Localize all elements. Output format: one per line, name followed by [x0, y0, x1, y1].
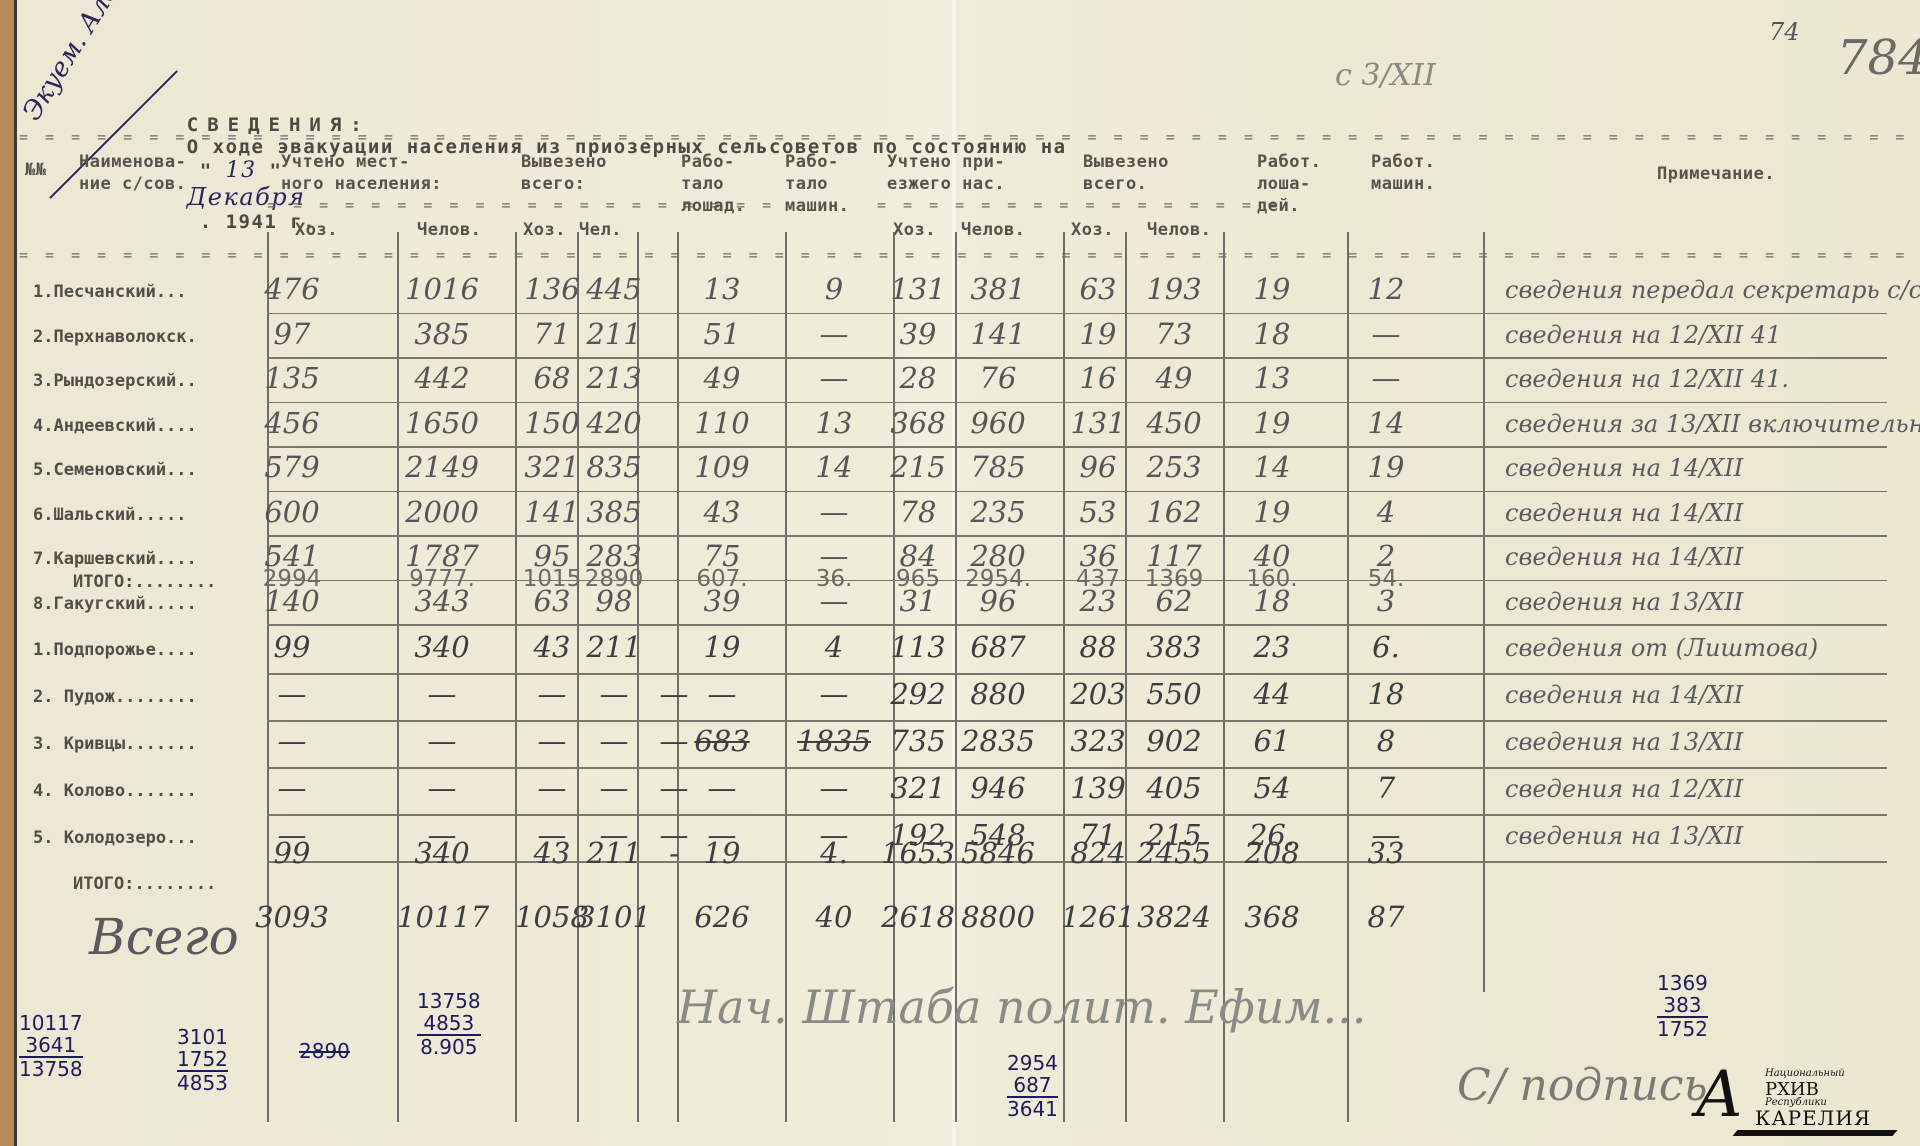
table-cell: —	[247, 771, 337, 805]
col-header-name-1: Наименова-	[79, 152, 186, 172]
calc-operand: 2954	[1007, 1052, 1058, 1074]
table-cell: 880	[953, 677, 1043, 711]
total-cell: 36.	[789, 566, 879, 592]
subheader-hoz-evac: Хоз.	[523, 220, 566, 240]
row-note: сведения на 14/XII	[1505, 454, 1743, 482]
table-cell: —	[789, 495, 879, 529]
table-cell: 4	[1341, 495, 1431, 529]
subheader-chel-arrived: Челов.	[961, 220, 1025, 240]
table-cell: —	[1341, 317, 1431, 351]
col-header-work-horses-1: Работ.	[1257, 152, 1321, 172]
col-header-work-machines-2: машин.	[1371, 174, 1435, 194]
table-cell: 131	[873, 272, 963, 306]
table-cell: 19	[1227, 406, 1317, 440]
margin-calculation: 10117364113758	[19, 1012, 83, 1080]
table-cell: 550	[1129, 677, 1219, 711]
total-cell: 965	[873, 566, 963, 592]
table-cell: 73	[1129, 317, 1219, 351]
table-cell: 7	[1341, 771, 1431, 805]
table-cell: 18	[1227, 317, 1317, 351]
watermark-line1: Национальный	[1765, 1068, 1845, 1079]
table-cell: 405	[1129, 771, 1219, 805]
table-cell: 420	[569, 406, 659, 440]
row-note: сведения передал секретарь с/с	[1505, 276, 1920, 304]
row-note: сведения на 13/XII	[1505, 588, 1743, 616]
countersignature: С/ подпись	[1457, 1060, 1707, 1111]
table-cell: 2149	[397, 450, 487, 484]
row-name: 7.Каршевский....	[33, 549, 197, 569]
table-cell: 835	[569, 450, 659, 484]
row-divider	[267, 535, 1887, 537]
total-cell: 19	[677, 836, 767, 870]
table-cell: 135	[247, 361, 337, 395]
watermark-line4: КАРЕЛИЯ	[1755, 1106, 1871, 1130]
table-cell: 14	[789, 450, 879, 484]
table-cell: 785	[953, 450, 1043, 484]
calc-operand: 3101	[177, 1026, 228, 1048]
watermark-letter: А	[1695, 1058, 1743, 1132]
row-note: сведения на 12/XII 41	[1505, 321, 1781, 349]
table-cell: 687	[953, 630, 1043, 664]
table-cell: 113	[873, 630, 963, 664]
table-cell: 18	[1341, 677, 1431, 711]
table-cell: 213	[569, 361, 659, 395]
total-cell: 2954.	[953, 566, 1043, 592]
chief-signature: Нач. Штаба полит. Ефим...	[677, 980, 1366, 1034]
table-cell: 28	[873, 361, 963, 395]
row-name: 2. Пудож........	[33, 687, 197, 707]
row-divider	[267, 357, 1887, 359]
table-cell: 321	[873, 771, 963, 805]
table-cell: 383	[1129, 630, 1219, 664]
table-cell: 211	[569, 317, 659, 351]
table-cell: 4	[789, 630, 879, 664]
table-cell: —	[247, 677, 337, 711]
row-note: сведения на 12/XII	[1505, 775, 1743, 803]
row-name: 6.Шальский.....	[33, 505, 187, 525]
row-name: 5. Колодозеро...	[33, 828, 197, 848]
table-cell: 49	[1129, 361, 1219, 395]
table-cell: 442	[397, 361, 487, 395]
table-cell: 902	[1129, 724, 1219, 758]
col-header-work-horses-3: дей.	[1257, 196, 1300, 216]
col-header-machines-3: машин.	[785, 196, 849, 216]
row-note: сведения на 12/XII 41.	[1505, 365, 1789, 393]
margin-calculation: 1375848538.905	[417, 990, 481, 1058]
table-cell: —	[677, 771, 767, 805]
col-header-machines-1: Рабо-	[785, 152, 839, 172]
table-cell: 292	[873, 677, 963, 711]
table-cell: —	[789, 677, 879, 711]
calc-operand: 383	[1657, 994, 1708, 1016]
subheader-chel-evac: Чел.	[579, 220, 622, 240]
calc-result: 8.905	[417, 1034, 481, 1058]
total-cell: 40	[789, 900, 879, 934]
table-cell: —	[789, 317, 879, 351]
subheader-chel-arrived-evac: Челов.	[1147, 220, 1211, 240]
grand-total-label: Всего	[89, 908, 239, 966]
col-header-arrived-evac-1: Вывезено	[1083, 152, 1169, 172]
col-header-local-counted-1: Учтено мест-	[281, 152, 410, 172]
table-cell: 23	[1227, 630, 1317, 664]
table-cell: 476	[247, 272, 337, 306]
calc-operand: 2890	[299, 1040, 350, 1062]
table-cell: 6.	[1341, 630, 1431, 664]
calc-operand: 1369	[1657, 972, 1708, 994]
sheet-number-large: 784	[1837, 30, 1920, 86]
total-cell: 1369	[1129, 566, 1219, 592]
calc-operand: 1752	[177, 1048, 228, 1070]
table-cell: 193	[1129, 272, 1219, 306]
row-name: 1.Песчанский...	[33, 282, 187, 302]
table-cell: —	[397, 771, 487, 805]
table-cell: 600	[247, 495, 337, 529]
total-cell: 54.	[1341, 566, 1431, 592]
row-name: 4. Колово.......	[33, 781, 197, 801]
table-cell: 211	[569, 630, 659, 664]
table-cell: 51	[677, 317, 767, 351]
table-cell: 215	[873, 450, 963, 484]
table-cell: 13	[1227, 361, 1317, 395]
subheader-hoz-arrived: Хоз.	[893, 220, 936, 240]
col-header-machines-2: тало	[785, 174, 828, 194]
row-note: сведения на 13/XII	[1505, 728, 1743, 756]
calc-operand: 687	[1007, 1074, 1058, 1096]
row-name: 2.Перхнаволокск.	[33, 327, 197, 347]
total-cell: 340	[397, 836, 487, 870]
table-cell: 456	[247, 406, 337, 440]
margin-calculation: 2890	[299, 1040, 350, 1062]
table-cell: 54	[1227, 771, 1317, 805]
total-cell: 626	[677, 900, 767, 934]
table-cell: —	[677, 677, 767, 711]
row-note: сведения от (Лиштова)	[1505, 634, 1818, 662]
total-label: ИТОГО:........	[73, 572, 216, 592]
table-cell: 43	[677, 495, 767, 529]
calc-operand: 13758	[417, 990, 481, 1012]
col-header-num: №№	[25, 160, 46, 180]
table-cell: 9	[789, 272, 879, 306]
total-cell: 3093	[247, 900, 337, 934]
col-header-horses-3: лошад.	[681, 196, 745, 216]
table-cell: 960	[953, 406, 1043, 440]
total-cell: 607.	[677, 566, 767, 592]
total-cell: 4.	[789, 836, 879, 870]
header-separator-top: = = = = = = = = = = = = = = = = = = = = …	[19, 128, 1920, 146]
row-name: 3.Рындозерский..	[33, 371, 197, 391]
col-header-arrived-counted-2: езжего нас.	[887, 174, 1005, 194]
calc-operand: 10117	[19, 1012, 83, 1034]
table-cell: 12	[1341, 272, 1431, 306]
table-cell: 39	[873, 317, 963, 351]
archive-watermark-logo: А Национальный РХИВ Республики КАРЕЛИЯ	[1695, 1064, 1905, 1134]
calc-operand: 3641	[19, 1034, 83, 1056]
row-divider	[267, 814, 1887, 816]
margin-calculation: 29546873641	[1007, 1052, 1058, 1120]
table-cell: 49	[677, 361, 767, 395]
date-day: 13	[226, 158, 257, 183]
col-header-local-evac-1: Вывезено	[521, 152, 607, 172]
calc-result: 1752	[1657, 1016, 1708, 1040]
table-cell: 1835	[789, 724, 879, 758]
row-note: сведения за 13/XII включительно	[1505, 410, 1920, 438]
row-divider	[267, 767, 1887, 769]
calc-operand: 4853	[417, 1012, 481, 1034]
col-header-local-counted-2: ного населения:	[281, 174, 442, 194]
table-cell: 19	[677, 630, 767, 664]
table-cell: 8	[1341, 724, 1431, 758]
table-cell: 340	[397, 630, 487, 664]
pencil-reference: с 3/XII	[1335, 58, 1436, 93]
table-cell: 13	[677, 272, 767, 306]
table-cell: 368	[873, 406, 963, 440]
row-divider	[267, 491, 1887, 493]
total-label: ИТОГО:........	[73, 874, 216, 894]
table-cell: 14	[1341, 406, 1431, 440]
table-cell: 19	[1227, 495, 1317, 529]
table-cell: 19	[1341, 450, 1431, 484]
col-header-work-horses-2: лоша-	[1257, 174, 1311, 194]
table-cell: 579	[247, 450, 337, 484]
table-cell: 97	[247, 317, 337, 351]
total-cell: 208	[1227, 836, 1317, 870]
table-cell: 235	[953, 495, 1043, 529]
total-cell: 87	[1341, 900, 1431, 934]
table-cell: 1650	[397, 406, 487, 440]
total-cell: 3824	[1129, 900, 1219, 934]
table-cell: 946	[953, 771, 1043, 805]
total-cell: 5846	[953, 836, 1043, 870]
table-cell: 13	[789, 406, 879, 440]
table-cell: 253	[1129, 450, 1219, 484]
row-name: 4.Андеевский....	[33, 416, 197, 436]
total-cell: 9777.	[397, 566, 487, 592]
marginal-annotation: Экуем. Алеш	[17, 0, 138, 126]
table-cell: 2835	[953, 724, 1043, 758]
table-cell: —	[789, 771, 879, 805]
row-divider	[267, 673, 1887, 675]
row-name: 1.Подпорожье....	[33, 640, 197, 660]
total-cell: 8800	[953, 900, 1043, 934]
table-cell: 735	[873, 724, 963, 758]
total-cell: 1653	[873, 836, 963, 870]
calc-result: 3641	[1007, 1096, 1058, 1120]
row-note: сведения на 14/XII	[1505, 543, 1743, 571]
table-cell: —	[397, 724, 487, 758]
table-cell: 14	[1227, 450, 1317, 484]
total-cell: 368	[1227, 900, 1317, 934]
calc-result: 4853	[177, 1070, 228, 1094]
table-cell: 162	[1129, 495, 1219, 529]
col-header-horses-1: Рабо-	[681, 152, 735, 172]
total-cell: 99	[247, 836, 337, 870]
row-note: сведения на 13/XII	[1505, 822, 1743, 850]
subheader-hoz-arrived-evac: Хоз.	[1071, 220, 1114, 240]
total-cell: 10117	[397, 900, 487, 934]
table-cell: 19	[1227, 272, 1317, 306]
archival-document-page: Экуем. Алеш СВЕДЕНИЯ: О ходе эвакуации н…	[14, 0, 1920, 1146]
row-divider	[267, 402, 1887, 404]
row-name: 3. Кривцы.......	[33, 734, 197, 754]
total-cell: 33	[1341, 836, 1431, 870]
calc-result: 13758	[19, 1056, 83, 1080]
col-header-arrived-counted-1: Учтено при-	[887, 152, 1005, 172]
table-cell: 99	[247, 630, 337, 664]
row-name: 8.Гакугский.....	[33, 594, 197, 614]
table-cell: 450	[1129, 406, 1219, 440]
row-divider	[267, 446, 1887, 448]
row-divider	[267, 313, 1887, 315]
table-cell: 76	[953, 361, 1043, 395]
feather-icon	[1732, 1130, 1897, 1136]
col-header-name-2: ние с/сов.	[79, 174, 186, 194]
margin-calculation: 13693831752	[1657, 972, 1708, 1040]
header-separator-bottom: = = = = = = = = = = = = = = = = = = = = …	[19, 246, 1920, 264]
table-cell: 78	[873, 495, 963, 529]
table-cell: —	[789, 361, 879, 395]
total-cell: 3101	[569, 900, 659, 934]
row-name: 5.Семеновский...	[33, 460, 197, 480]
column-divider	[1483, 232, 1485, 992]
total-cell: 2455	[1129, 836, 1219, 870]
col-header-local-evac-2: всего:	[521, 174, 585, 194]
row-divider	[267, 720, 1887, 722]
margin-calculation: 310117524853	[177, 1026, 228, 1094]
table-cell: 385	[397, 317, 487, 351]
table-cell: 445	[569, 272, 659, 306]
table-cell: 381	[953, 272, 1043, 306]
row-note: сведения на 14/XII	[1505, 499, 1743, 527]
table-cell: —	[397, 677, 487, 711]
col-header-arrived-evac-2: всего.	[1083, 174, 1147, 194]
table-cell: 44	[1227, 677, 1317, 711]
header-separator-mid2: = = = = = = = = = = = = = = = =	[877, 196, 1281, 214]
subheader-chel: Челов.	[417, 220, 481, 240]
table-cell: 2000	[397, 495, 487, 529]
total-cell: 2890	[569, 566, 659, 592]
table-cell: 385	[569, 495, 659, 529]
table-cell: 110	[677, 406, 767, 440]
sheet-number-small: 74	[1769, 18, 1800, 46]
table-cell: —	[1341, 361, 1431, 395]
table-cell: 141	[953, 317, 1043, 351]
table-cell: 61	[1227, 724, 1317, 758]
table-cell: 683	[677, 724, 767, 758]
row-note: сведения на 14/XII	[1505, 681, 1743, 709]
total-cell: 2618	[873, 900, 963, 934]
total-cell: 160.	[1227, 566, 1317, 592]
table-cell: 109	[677, 450, 767, 484]
col-header-horses-2: тало	[681, 174, 724, 194]
table-cell: 1016	[397, 272, 487, 306]
table-cell: —	[247, 724, 337, 758]
total-cell: 2994	[247, 566, 337, 592]
col-header-work-machines-1: Работ.	[1371, 152, 1435, 172]
col-header-note: Примечание.	[1657, 164, 1775, 184]
subheader-hoz: Хоз.	[295, 220, 338, 240]
row-divider	[267, 624, 1887, 626]
